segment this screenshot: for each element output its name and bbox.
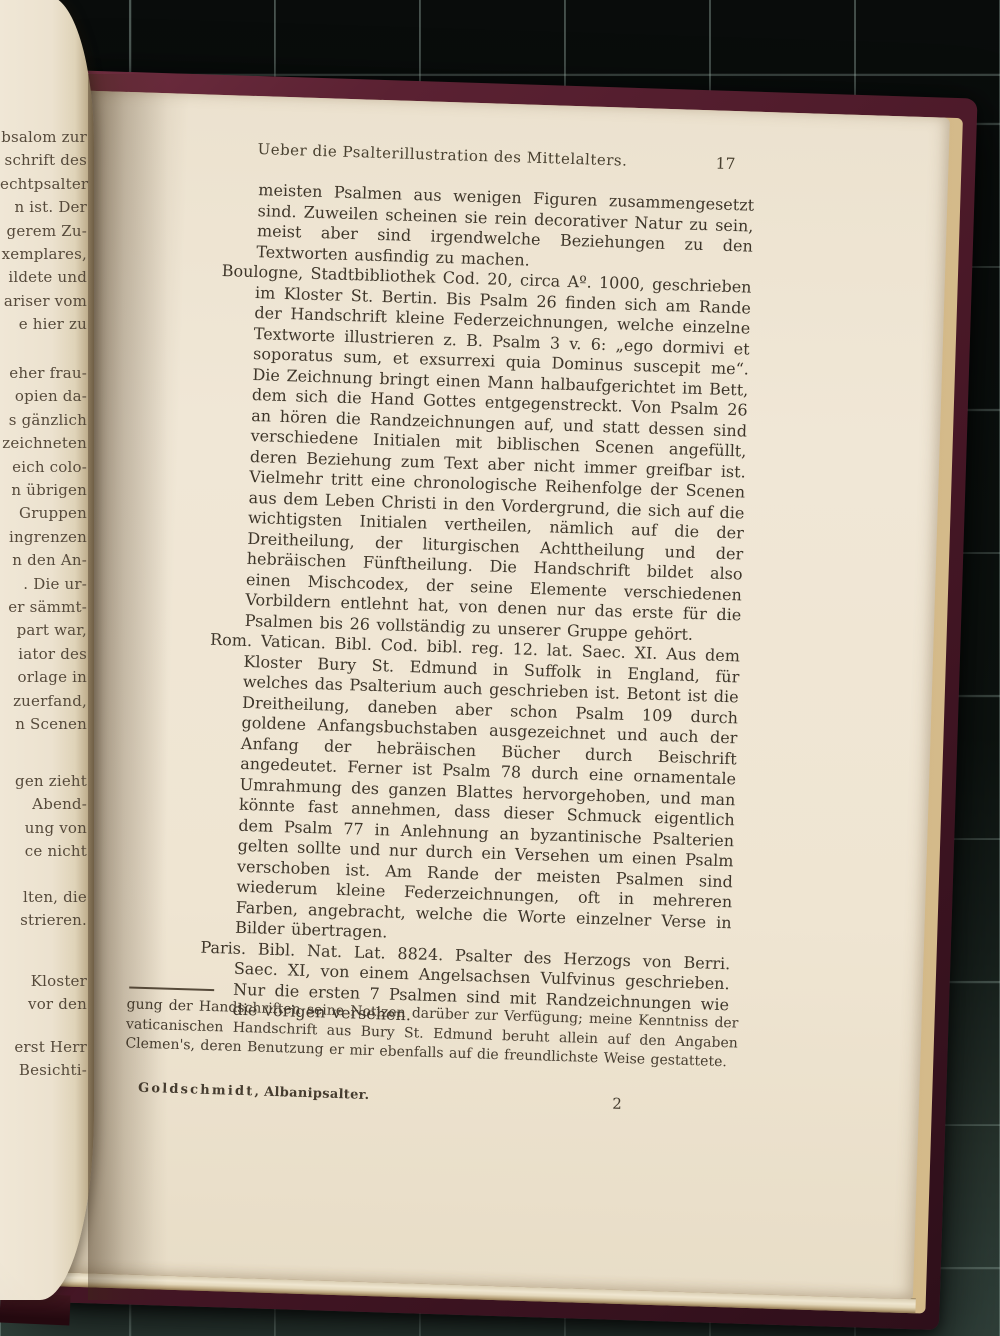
left-page-fragment-group: bsalom zurschrift desechtpsaltern ist. D… (0, 126, 87, 337)
paragraph: Rom. Vatican. Bibl. Cod. bibl. reg. 12. … (201, 630, 740, 954)
left-page-text-fragment: n den An- (0, 549, 87, 572)
left-page-fragments: bsalom zurschrift desechtpsaltern ist. D… (0, 0, 94, 1300)
left-page-fragment-group: erst HerrBesichti- (0, 1036, 87, 1083)
left-page-text-fragment: schrift des (0, 149, 87, 172)
left-page-text-fragment: part war, (0, 619, 87, 642)
left-page-fragment-group: Klostervor den (0, 970, 87, 1017)
page-content: Ueber die Psalterillustration des Mittel… (42, 90, 950, 1299)
left-page-text-fragment: gerem Zu- (0, 220, 87, 243)
page-number: 17 (705, 154, 736, 173)
author-name: Goldschmidt (138, 1081, 255, 1100)
left-page-fragment-group: lten, diestrieren. (0, 886, 87, 933)
left-page-text-fragment: gen zieht (0, 770, 87, 793)
left-page-text-fragment: xemplares, (0, 243, 87, 266)
left-page-text-fragment: . Die ur- (0, 573, 87, 596)
left-page-text-fragment: ildete und (0, 266, 87, 289)
left-page-text-fragment: iator des (0, 643, 87, 666)
verso-page-sliver: bsalom zurschrift desechtpsaltern ist. D… (0, 0, 94, 1300)
left-page-text-fragment: Abend- (0, 793, 87, 816)
left-page-text-fragment: zuerfand, (0, 690, 87, 713)
recto-page: Ueber die Psalterillustration des Mittel… (42, 90, 950, 1299)
left-page-text-fragment: vor den (0, 993, 87, 1016)
book-cover: Ueber die Psalterillustration des Mittel… (27, 70, 977, 1330)
left-page-text-fragment: Besichti- (0, 1059, 87, 1082)
left-page-text-fragment: orlage in (0, 666, 87, 689)
paragraph: Boulogne, Stadtbibliothek Cod. 20, circa… (210, 261, 751, 646)
body-text: meisten Psalmen aus wenigen Figuren zusa… (198, 179, 754, 1036)
left-page-text-fragment: erst Herr (0, 1036, 87, 1059)
left-page-text-fragment: Kloster (0, 970, 87, 993)
left-page-text-fragment: Gruppen (0, 502, 87, 525)
left-page-text-fragment: er sämmt- (0, 596, 87, 619)
left-page-text-fragment: ung von (0, 817, 87, 840)
sheet-signature: 2 (612, 1095, 622, 1113)
page-block-edges: Ueber die Psalterillustration des Mittel… (42, 90, 963, 1313)
signature-line: Goldschmidt, Albanipsalter. 2 (138, 1081, 622, 1116)
left-page-text-fragment: lten, die (0, 886, 87, 909)
left-page-text-fragment: eich colo- (0, 456, 87, 479)
left-page-text-fragment: n Scenen (0, 713, 87, 736)
left-page-text-fragment: strieren. (0, 909, 87, 932)
left-page-text-fragment: n ist. Der (0, 196, 87, 219)
left-page-text-fragment: e hier zu (0, 313, 87, 336)
left-page-text-fragment: eher frau- (0, 362, 87, 385)
left-page-text-fragment: ingrenzen (0, 526, 87, 549)
left-page-text-fragment: zeichneten (0, 432, 87, 455)
left-page-text-fragment: bsalom zur (0, 126, 87, 149)
left-page-text-fragment: echtpsalter (0, 173, 87, 196)
left-page-text-fragment: opien da- (0, 385, 87, 408)
running-title: Ueber die Psalterillustration des Mittel… (177, 138, 707, 173)
left-page-fragment-group: eher frau-opien da-s gänzlichzeichnetene… (0, 362, 87, 737)
left-page-fragment-group: gen ziehtAbend-ung vonce nicht (0, 770, 87, 864)
left-page-text-fragment: ariser vom (0, 290, 87, 313)
left-page-text-fragment: ce nicht (0, 840, 87, 863)
work-title: , Albanipsalter. (254, 1084, 369, 1103)
left-page-text-fragment: s gänzlich (0, 409, 87, 432)
left-page-text-fragment: n übrigen (0, 479, 87, 502)
